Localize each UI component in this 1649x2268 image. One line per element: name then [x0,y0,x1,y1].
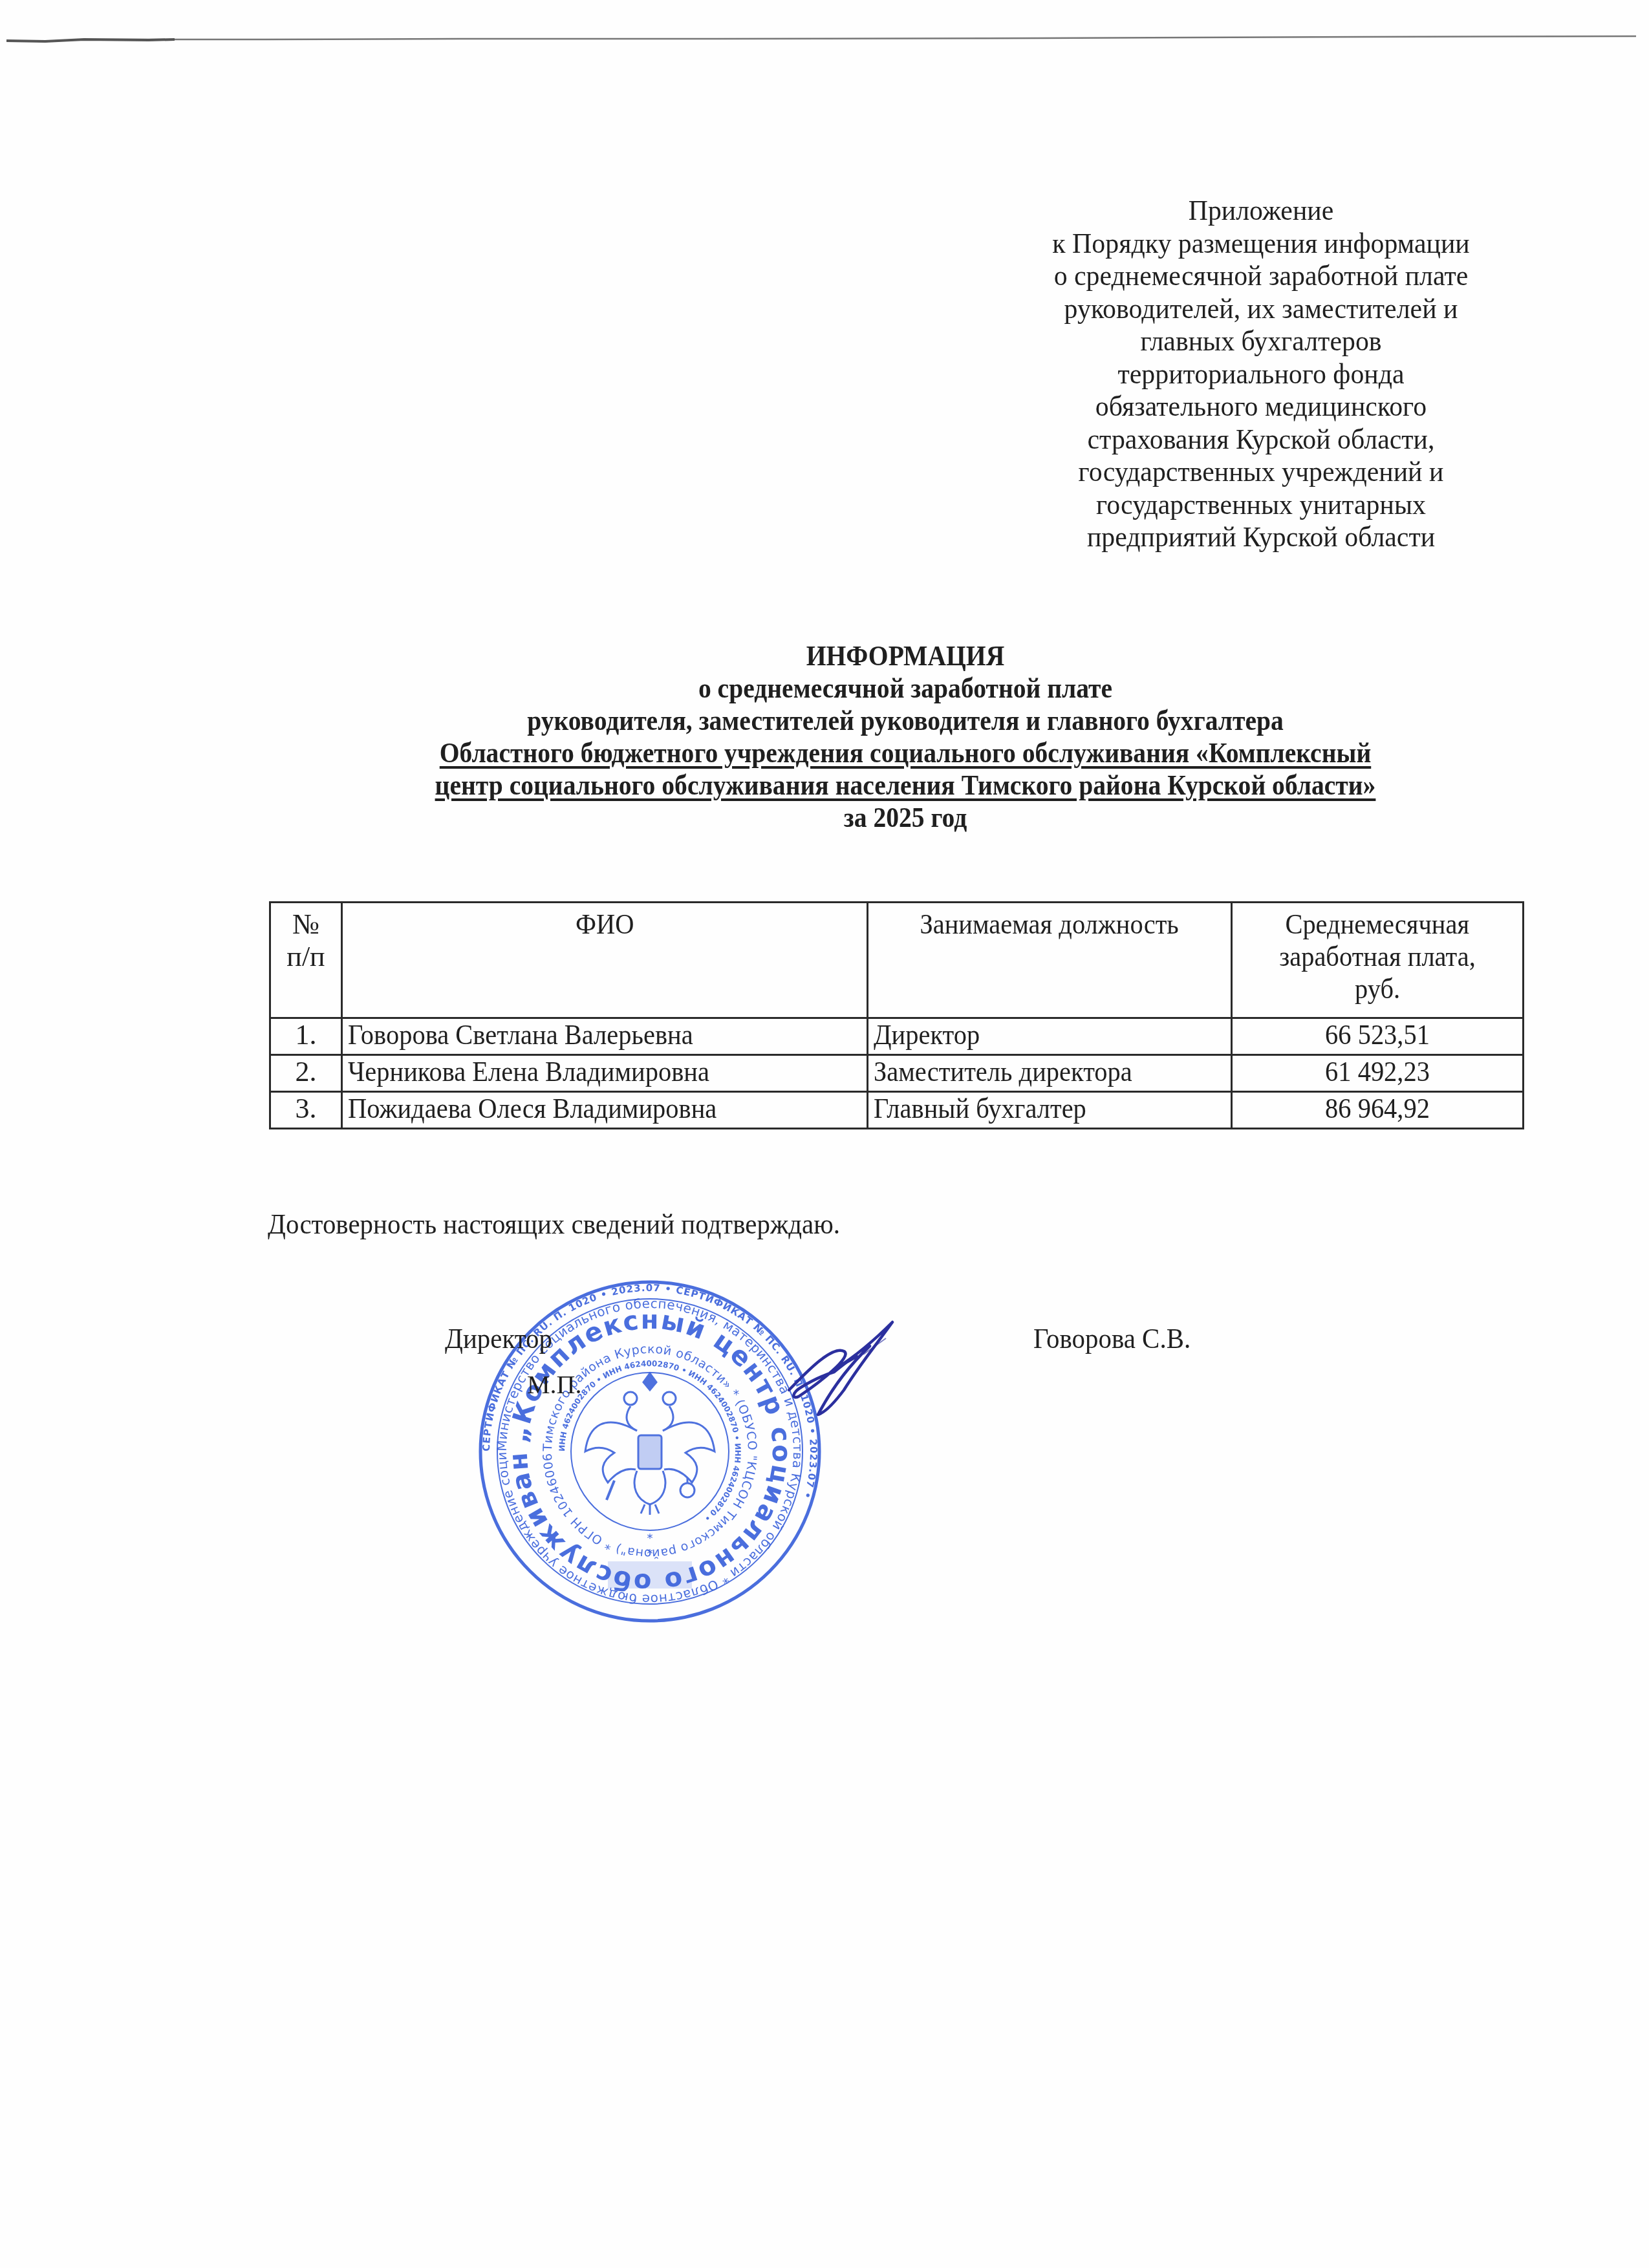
coat-of-arms-icon [585,1373,715,1515]
column-header-salary: Среднемесячная заработная плата, руб. [1232,903,1524,1018]
appendix-line: государственных учреждений и [1002,455,1520,488]
svg-text:*: * [647,1532,653,1545]
employee-position: Главный бухгалтер [868,1092,1232,1129]
table-row: 1. Говорова Светлана Валерьевна Директор… [270,1018,1524,1055]
table-row: 3. Пожидаева Олеся Владимировна Главный … [270,1092,1524,1129]
seal-place-mark: М.П. [527,1369,581,1400]
employee-name: Пожидаева Олеся Владимировна [342,1092,868,1129]
employee-salary: 61 492,23 [1232,1055,1524,1092]
column-header-number: № п/п [270,903,342,1018]
appendix-line: обязательного медицинского [1002,390,1520,423]
employee-position: Заместитель директора [868,1055,1232,1092]
appendix-line: территориального фонда [1002,358,1520,390]
employee-name: Говорова Светлана Валерьевна [342,1018,868,1055]
row-number: 3. [270,1092,342,1129]
row-number: 2. [270,1055,342,1092]
title-heading: ИНФОРМАЦИЯ [323,640,1487,672]
signatory-name: Говорова С.В. [1033,1322,1191,1355]
handwritten-signature [773,1306,902,1422]
appendix-line: главных бухгалтеров [1002,325,1520,358]
title-organization-line-2: центр социального обслуживания населения… [435,769,1376,801]
column-header-position: Занимаемая должность [868,903,1232,1018]
employee-salary: 66 523,51 [1232,1018,1524,1055]
appendix-line: руководителей, их заместителей и [1002,292,1520,325]
appendix-line: о среднемесячной заработной плате [1002,259,1520,292]
employee-name: Черникова Елена Владимировна [342,1055,868,1092]
signatory-title: Директор [445,1322,552,1355]
employee-position: Директор [868,1018,1232,1055]
title-organization-line-1: Областного бюджетного учреждения социаль… [440,737,1371,769]
table-row: 2. Черникова Елена Владимировна Заместит… [270,1055,1524,1092]
appendix-line: страхования Курской области, [1002,423,1520,456]
appendix-line: Приложение [1002,194,1520,227]
svg-text:*: * [647,1547,653,1561]
appendix-line: предприятий Курской области [1002,520,1520,553]
row-number: 1. [270,1018,342,1055]
table-header-row: № п/п ФИО Занимаемая должность Среднемес… [270,903,1524,1018]
document-title: ИНФОРМАЦИЯ о среднемесячной заработной п… [259,640,1552,834]
document-page: Приложение к Порядку размещения информац… [0,0,1649,2268]
salary-table: № п/п ФИО Занимаемая должность Среднемес… [269,901,1524,1129]
appendix-reference: Приложение к Порядку размещения информац… [983,194,1539,553]
appendix-line: государственных унитарных [1002,488,1520,521]
employee-salary: 86 964,92 [1232,1092,1524,1129]
appendix-line: к Порядку размещения информации [1002,227,1520,260]
scan-edge-line [6,34,1636,43]
title-subject: о среднемесячной заработной плате [323,672,1487,705]
title-period: за 2025 год [323,802,1487,834]
confirmation-statement: Достоверность настоящих сведений подтвер… [268,1208,840,1241]
column-header-name: ФИО [342,903,868,1018]
title-positions: руководителя, заместителей руководителя … [323,705,1487,737]
